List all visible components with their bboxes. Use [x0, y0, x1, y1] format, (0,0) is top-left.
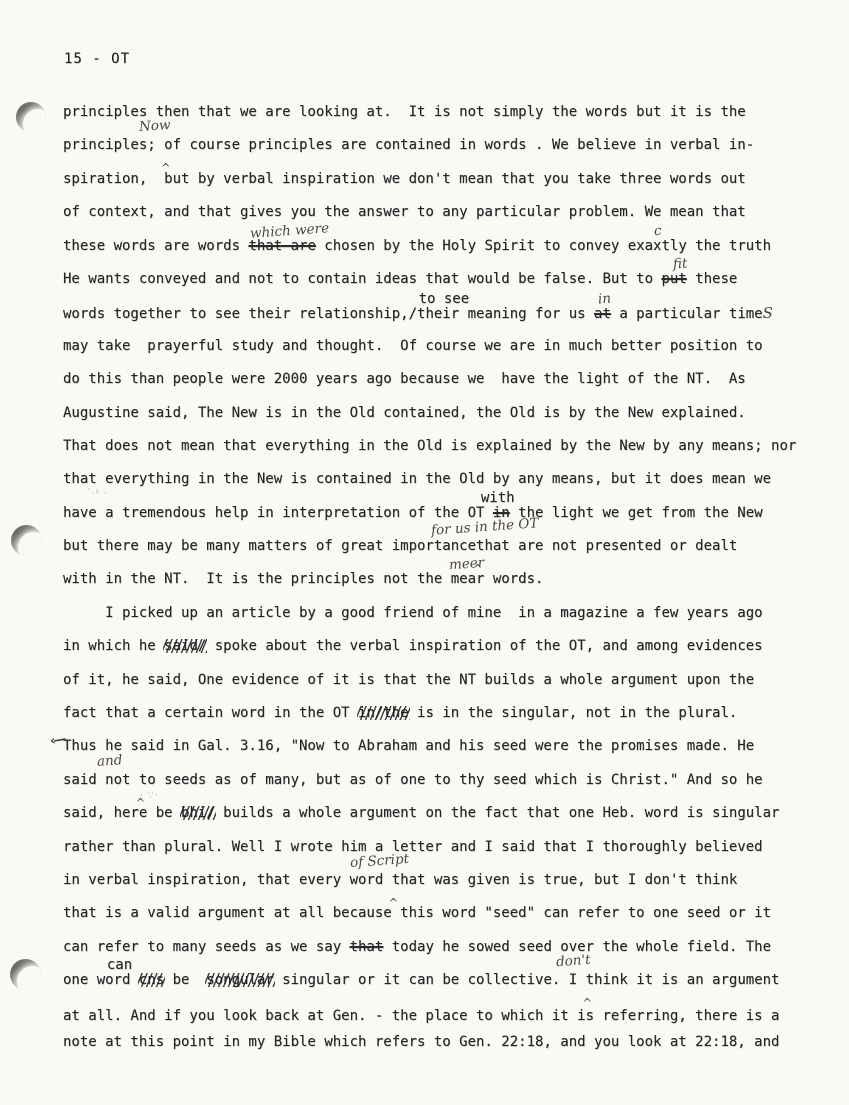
- deleted-text: cns: [139, 972, 164, 988]
- handwritten-insertion: meer: [448, 555, 484, 573]
- handwritten-insertion: and: [96, 752, 122, 770]
- typed-text: That does not mean that everything in th…: [63, 438, 796, 454]
- typed-text: that everything in the New is contained …: [63, 471, 771, 487]
- typed-text: x: [653, 238, 661, 254]
- typed-text: have a tremendous help in interpretation…: [63, 505, 493, 521]
- typescript-line: spiration, but by verbal inspiration we …: [63, 159, 823, 192]
- typescript-line: note at this point in my Bible which ref…: [63, 1020, 823, 1046]
- typescript-line: in verbal inspiration, that every word o…: [63, 860, 823, 893]
- typed-text: singular or it can be collective. I: [274, 972, 586, 988]
- typed-text: in verbal inspiration, that every word: [63, 872, 392, 888]
- annotated-span: cnscan: [139, 972, 164, 988]
- typescript-line: do this than people were 2000 years ago …: [63, 359, 823, 392]
- typed-text: these: [687, 271, 738, 287]
- handwritten-insertion: don't: [555, 952, 591, 970]
- deleted-text: said/: [164, 638, 206, 654]
- typed-text: chosen by the Holy Spirit to convey exa: [316, 238, 653, 254]
- typed-text: of course principles are contained in wo…: [164, 137, 754, 153]
- annotated-span: xc: [653, 238, 661, 254]
- typescript-line: Thus he said in Gal. 3.16, "Now to Abrah…: [63, 726, 823, 759]
- typed-text: one word: [63, 972, 139, 988]
- typed-text: words together to see their relationship…: [63, 306, 409, 322]
- typescript-line: of it, he said, One evidence of it is th…: [63, 660, 823, 693]
- typescript-line: principles then that we are looking at. …: [63, 92, 823, 125]
- binder-hole-shadow-middle: [11, 525, 42, 556]
- handwritten-insertion: of Script: [349, 851, 409, 871]
- typed-text: can refer to many seeds as we say: [63, 939, 350, 955]
- typed-text: that was given is true, but I don't thin…: [392, 872, 738, 888]
- deleted-text: at: [594, 306, 611, 322]
- typed-text: of it, he said, One evidence of it is th…: [63, 672, 754, 688]
- deleted-text: bhi/: [181, 805, 215, 821]
- typed-text: spiration, but by verbal inspiration we …: [63, 171, 746, 187]
- typescript-page: 15 - OT principles then that we are look…: [0, 0, 849, 1105]
- binder-hole-shadow-bottom: [10, 959, 41, 990]
- typed-text: be: [164, 972, 206, 988]
- typescript-line: at all. And if you look back at Gen. - t…: [63, 994, 823, 1020]
- typed-text: may take prayerful study and thought. Of…: [63, 338, 763, 354]
- typed-text: that are not presented or dealt: [476, 538, 737, 554]
- typed-text: words.: [484, 571, 543, 587]
- typed-text: is in the singular, not in the plural.: [409, 705, 738, 721]
- typescript-line: in which he said/ spoke about the verbal…: [63, 626, 823, 659]
- typed-text: builds a whole argument on the fact that…: [215, 805, 780, 821]
- typescript-body: principles then that we are looking at. …: [63, 92, 823, 1046]
- deleted-text: that: [350, 939, 384, 955]
- typescript-line: with in the NT. It is the principles not…: [63, 559, 823, 592]
- typed-text: tly the truth: [661, 238, 771, 254]
- typed-text: with in the NT. It is the principles not…: [63, 571, 451, 587]
- typed-text: I picked up an article by a good friend …: [63, 605, 763, 621]
- typescript-line: Augustine said, The New is in the Old co…: [63, 393, 823, 426]
- typed-text: that is a valid argument at all because …: [63, 905, 771, 921]
- typed-insertion: to see: [419, 291, 470, 307]
- typed-text: said not: [63, 772, 139, 788]
- typed-text: said, here be: [63, 805, 181, 821]
- typed-text: think it is an argument: [586, 972, 780, 988]
- typed-text: note at this point in my Bible which ref…: [63, 1034, 779, 1050]
- typescript-line: words together to see their relationship…: [63, 292, 823, 325]
- typed-text: do this than people were 2000 years ago …: [63, 371, 746, 387]
- typed-text: of context, and that gives you the answe…: [63, 204, 746, 220]
- typescript-line: can refer to many seeds as we say that t…: [63, 927, 823, 960]
- deleted-text: songular: [206, 972, 273, 988]
- typescript-line: these words are words that arewhich were…: [63, 226, 823, 259]
- annotated-span: that arewhich were: [248, 238, 315, 254]
- handwritten-insertion: fit: [673, 255, 689, 272]
- typed-text: rather than plural. Well I wrote him a l…: [63, 839, 763, 855]
- typed-text: Thus he said in Gal. 3.16, "Now to Abrah…: [63, 738, 754, 754]
- deleted-text: put: [661, 271, 686, 287]
- typescript-line: I picked up an article by a good friend …: [63, 593, 823, 626]
- pencil-smudge-2: · ∵·: [140, 791, 158, 801]
- handwritten-insertion: in: [597, 291, 611, 308]
- typed-text: to seeds as of many, but as of one to th…: [139, 772, 763, 788]
- handwritten-letter: S: [763, 304, 773, 322]
- annotated-span: putfit: [661, 271, 686, 287]
- typescript-line: principles; Now^of course principles are…: [63, 125, 823, 158]
- typed-text: the light we get from the New: [510, 505, 763, 521]
- typed-insertion: can: [107, 957, 132, 973]
- pencil-smudge-1: ´·¹ ·: [86, 489, 108, 499]
- typed-text: /: [409, 306, 417, 322]
- typescript-line: one word cnscan be songular singular or …: [63, 960, 823, 993]
- typescript-line: that everything in the New is contained …: [63, 459, 823, 492]
- typed-text: in which he: [63, 638, 164, 654]
- typed-text: spoke about the verbal inspiration of th…: [206, 638, 762, 654]
- typed-text: mear: [451, 571, 485, 587]
- typescript-line: that is a valid argument at all because …: [63, 893, 823, 926]
- typed-text: but there may be many matters of great i…: [63, 538, 476, 554]
- annotated-span: mearmeer: [451, 571, 485, 587]
- typescript-line: That does not mean that everything in th…: [63, 426, 823, 459]
- binder-hole-shadow-top: [16, 102, 46, 132]
- typed-text: Augustine said, The New is in the Old co…: [63, 405, 746, 421]
- typescript-line: may take prayerful study and thought. Of…: [63, 326, 823, 359]
- typescript-line: of context, and that gives you the answe…: [63, 192, 823, 225]
- margin-pencil-arrow: ‹—: [49, 732, 66, 749]
- typed-text: He wants conveyed and not to contain ide…: [63, 271, 661, 287]
- typed-text: principles;: [63, 137, 164, 153]
- typescript-line: said not and^to seeds as of many, but as…: [63, 760, 823, 793]
- typescript-line: but there may be many matters of great i…: [63, 526, 823, 559]
- typed-text: a particular time: [611, 306, 763, 322]
- typescript-line: fact that a certain word in the OT in/th…: [63, 693, 823, 726]
- page-number: 15 - OT: [64, 51, 130, 67]
- typed-insertion: with: [481, 490, 515, 506]
- typescript-line: rather than plural. Well I wrote him a l…: [63, 827, 823, 860]
- typescript-line: He wants conveyed and not to contain ide…: [63, 259, 823, 292]
- annotated-span: /to see: [409, 306, 417, 322]
- annotated-span: atin: [594, 306, 611, 322]
- typed-text: these words are words: [63, 238, 248, 254]
- handwritten-insertion: c: [653, 222, 662, 238]
- typed-text: fact that a certain word in the OT: [63, 705, 358, 721]
- typed-text: their meaning for us: [417, 306, 594, 322]
- deleted-text: in/the: [358, 705, 409, 721]
- typescript-line: said, here be bhi/ builds a whole argume…: [63, 793, 823, 826]
- handwritten-insertion: Now: [139, 117, 172, 135]
